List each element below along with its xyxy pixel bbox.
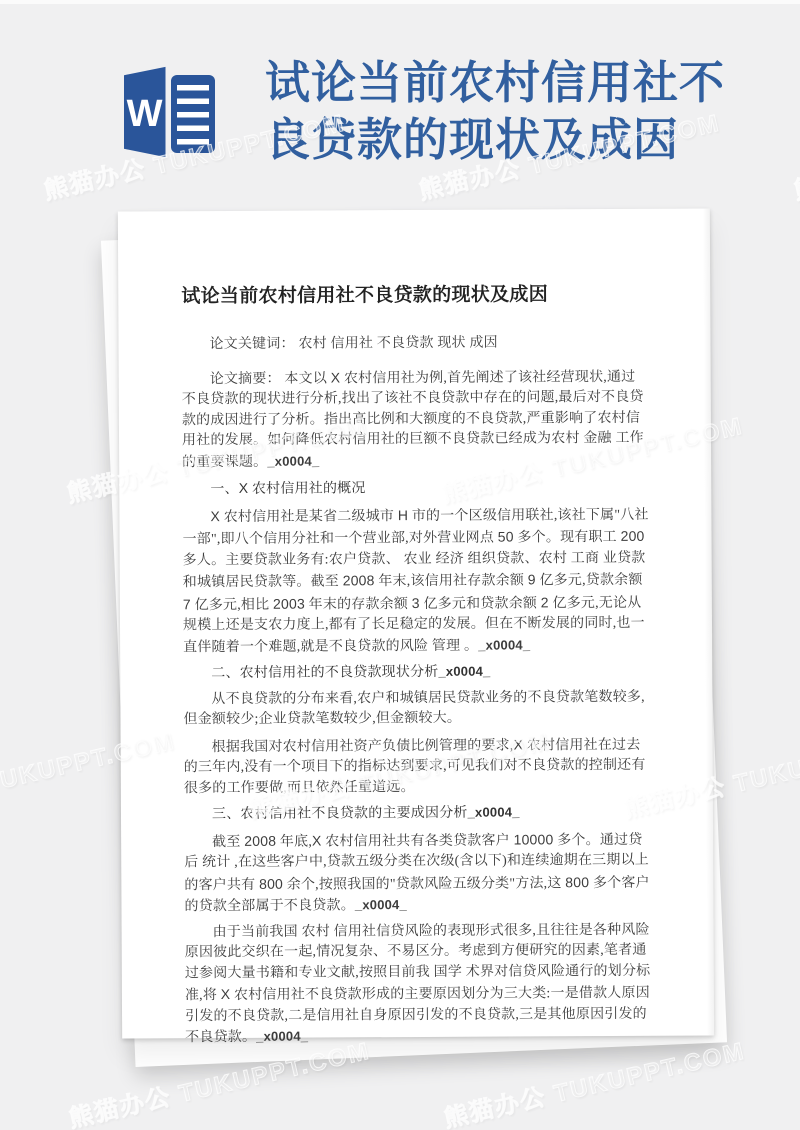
word-icon-letter: W (127, 93, 163, 135)
doc-paragraph: 论文摘要： 本文以 X 农村信用社为例,首先阐述了该社经营现状,通过不良贷款的现… (182, 365, 650, 473)
doc-paragraph: 截至 2008 年底,X 农村信用社共有各类贷款客户 10000 多个。通过贷后… (184, 828, 651, 917)
header: W 试论当前农村信用社不良贷款的现状及成因 (0, 0, 800, 169)
doc-paragraph: 从不良贷款的分布来看,农户和城镇居民贷款业务的不良贷款笔数较多,但金额较少;企业… (183, 687, 650, 730)
doc-section-heading: 三、农村信用社不良贷款的主要成因分析_x0004_ (184, 802, 651, 826)
doc-section-heading: 一、X 农村信用社的概况 (182, 476, 649, 501)
doc-paragraph: 根据我国对农村信用社资产负债比例管理的要求,X 农村信用社在过去的三年内,没有一… (184, 733, 651, 799)
document-title: 试论当前农村信用社不良贷款的现状及成因 (181, 281, 648, 311)
word-icon-graphic: W (121, 63, 215, 161)
page-title: 试论当前农村信用社不良贷款的现状及成因 (265, 55, 735, 169)
word-document-icon: W (121, 63, 215, 161)
document-body: 论文关键词： 农村 信用社 不良贷款 现状 成因论文摘要： 本文以 X 农村信用… (181, 333, 652, 1049)
paper-sheet: 试论当前农村信用社不良贷款的现状及成因 论文关键词： 农村 信用社 不良贷款 现… (118, 208, 714, 1038)
doc-paragraph: X 农村信用社是某省二级城市 H 市的一个区级信用联社,该社下属"八社一部",即… (182, 503, 650, 658)
document-page: 试论当前农村信用社不良贷款的现状及成因 论文关键词： 农村 信用社 不良贷款 现… (118, 208, 714, 1038)
doc-paragraph: 由于当前我国 农村 信用社信贷风险的表现形式很多,且往往是各种风险原因彼此交织在… (185, 920, 653, 1048)
doc-section-heading: 二、农村信用社的不良贷款现状分析_x0004_ (183, 661, 650, 685)
doc-paragraph: 论文关键词： 农村 信用社 不良贷款 现状 成因 (181, 333, 648, 356)
page-background: W 试论当前农村信用社不良贷款的现状及成因 试论当前农村信用社不良贷款的现状及成… (0, 0, 800, 1130)
